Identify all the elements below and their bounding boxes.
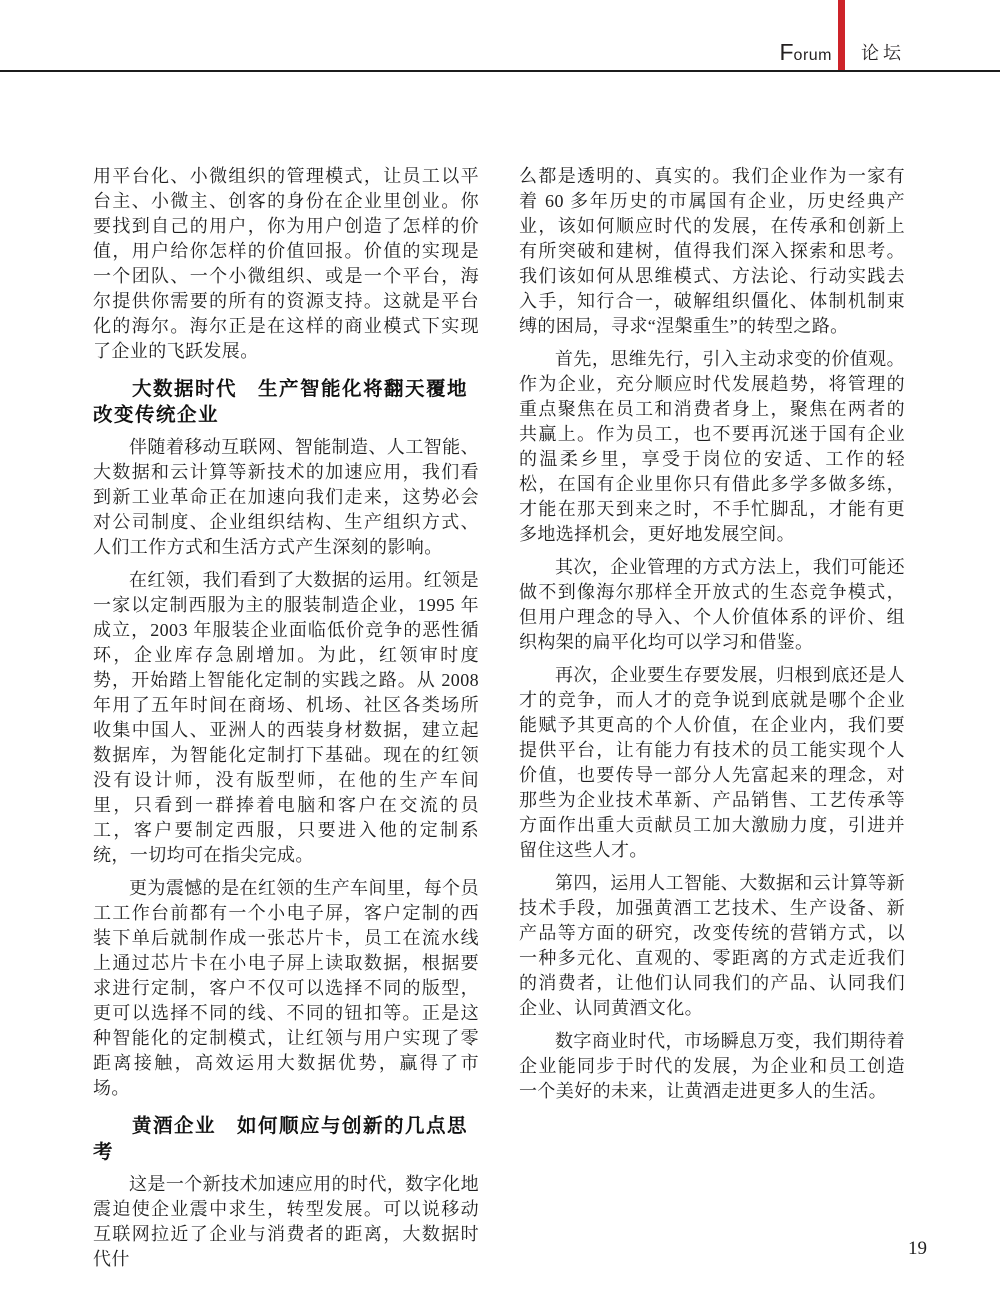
paragraph: 首先，思维先行，引入主动求变的价值观。作为企业，充分顺应时代发展趋势，将管理的重…: [519, 347, 905, 547]
paragraph: 其次，企业管理的方式方法上，我们可能还做不到像海尔那样全开放式的生态竞争模式，但…: [519, 555, 905, 655]
paragraph: 伴随着移动互联网、智能制造、人工智能、大数据和云计算等新技术的加速应用，我们看到…: [93, 435, 479, 560]
paragraph: 再次，企业要生存要发展，归根到底还是人才的竞争，而人才的竞争说到底就是哪个企业能…: [519, 663, 905, 863]
forum-label-en: Forum: [600, 38, 832, 70]
forum-label-cn: 论坛: [861, 41, 905, 65]
page-number: 19: [908, 1238, 927, 1260]
paragraph: 用平台化、小微组织的管理模式，让员工以平台主、小微主、创客的身份在企业里创业。你…: [93, 164, 479, 364]
section-heading-big-data: 大数据时代 生产智能化将翻天覆地改变传统企业: [93, 376, 479, 428]
left-column: 用平台化、小微组织的管理模式，让员工以平台主、小微主、创客的身份在企业里创业。你…: [93, 164, 479, 1280]
forum-label-rest: orum: [794, 47, 832, 64]
forum-label-initial: F: [779, 39, 793, 65]
paragraph: 在红领，我们看到了大数据的运用。红领是一家以定制西服为主的服装制造企业，1995…: [93, 568, 479, 868]
paragraph: 更为震憾的是在红领的生产车间里，每个员工工作台前都有一个小电子屏，客户定制的西装…: [93, 876, 479, 1101]
paragraph: 第四，运用人工智能、大数据和云计算等新技术手段，加强黄酒工艺技术、生产设备、新产…: [519, 871, 905, 1021]
header-accent-bar: [838, 0, 845, 70]
paragraph: 这是一个新技术加速应用的时代，数字化地震迫使企业震中求生，转型发展。可以说移动互…: [93, 1172, 479, 1272]
paragraph: 数字商业时代，市场瞬息万变，我们期待着企业能同步于时代的发展，为企业和员工创造一…: [519, 1029, 905, 1104]
section-heading-yellow-wine: 黄酒企业 如何顺应与创新的几点思考: [93, 1113, 479, 1165]
header-divider: [0, 70, 1000, 72]
paragraph: 么都是透明的、真实的。我们企业作为一家有着 60 多年历史的市属国有企业，历史经…: [519, 164, 905, 339]
magazine-page: Forum 论坛 用平台化、小微组织的管理模式，让员工以平台主、小微主、创客的身…: [0, 0, 1000, 1300]
right-column: 么都是透明的、真实的。我们企业作为一家有着 60 多年历史的市属国有企业，历史经…: [519, 164, 905, 1112]
